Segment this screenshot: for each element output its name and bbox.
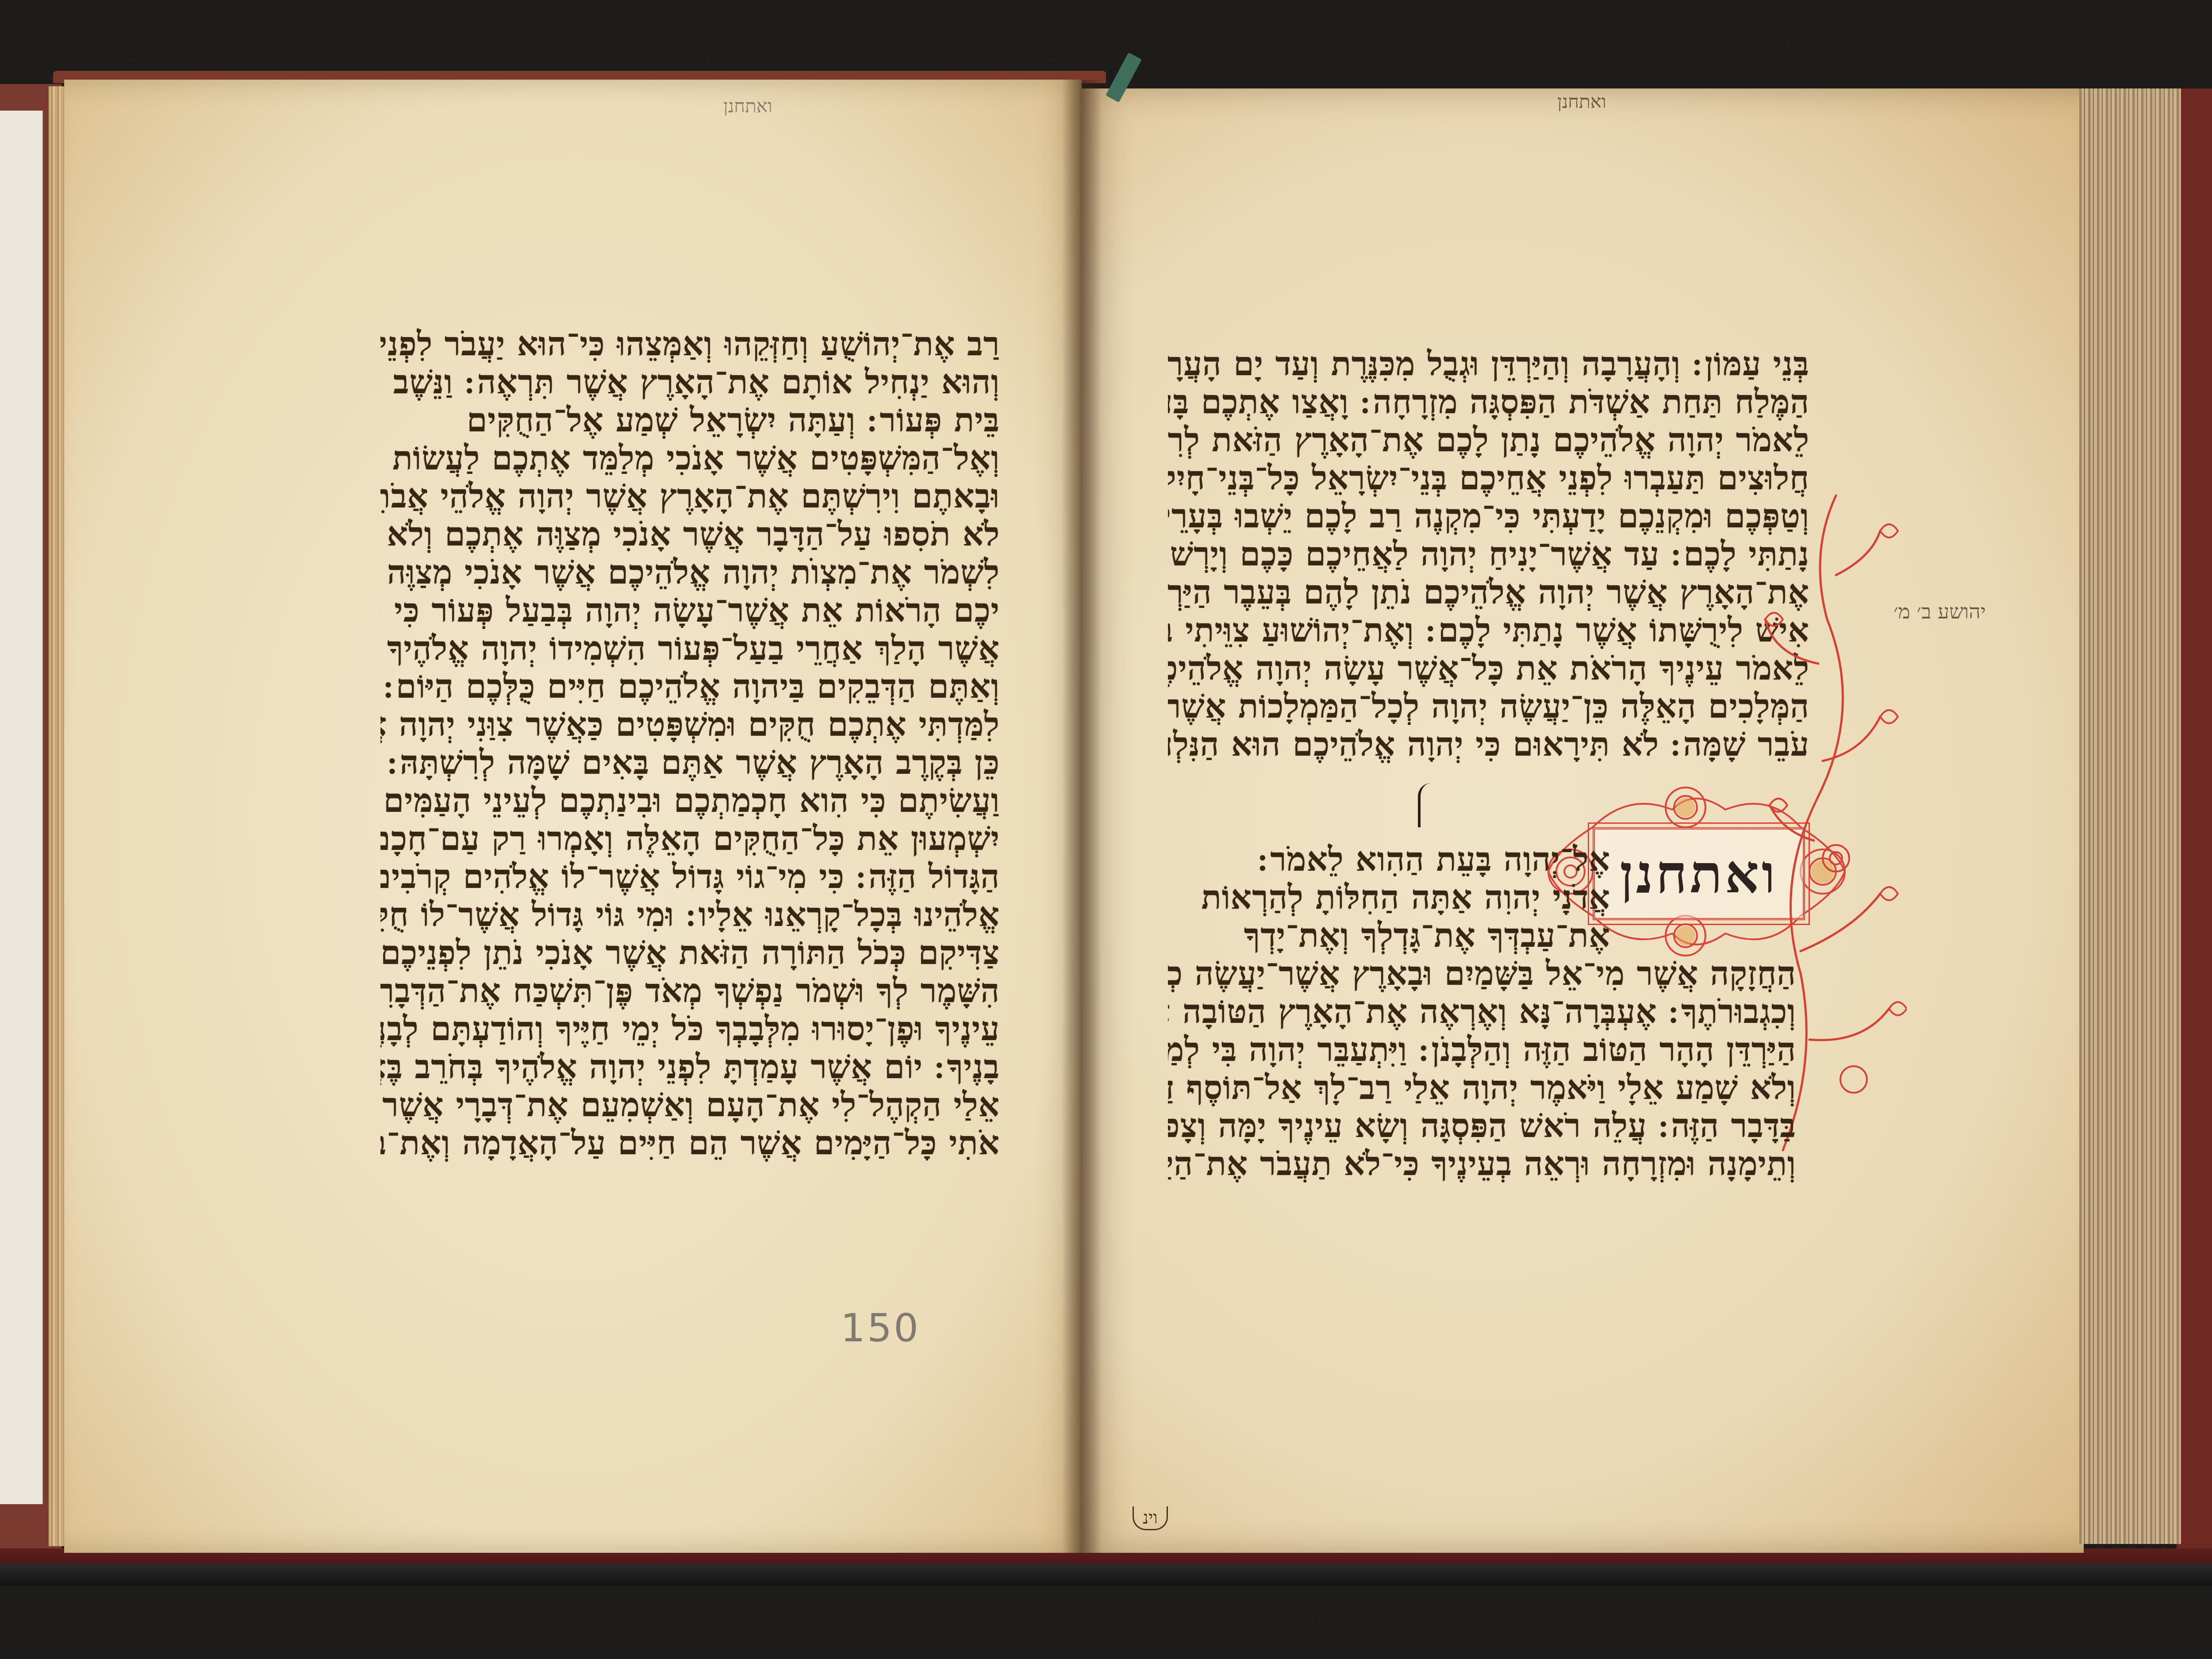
text-line: צַדִּיקִם כְּכֹל הַתּוֹרָה הַזֹּאת אֲשֶׁ… — [380, 934, 1000, 972]
text-line: וְכִגְבוּרֹתֶךָ ׃ אֶעְבְּרָה־נָּא וְאֶרְ… — [1168, 993, 1796, 1031]
gutter-shadow — [1062, 80, 1102, 1553]
text-line: אִישׁ לִירֻשָּׁתוֹ אֲשֶׁר נָתַתִּי לָכֶם… — [1168, 611, 1809, 649]
text-line: הַגָּדוֹל הַזֶּה ׃ כִּי מִי־גוֹי גָּדוֹל… — [380, 858, 1000, 896]
support-board — [0, 1564, 2212, 1586]
text-line: אֹתִי כָּל־הַיָּמִים אֲשֶׁר הֵם חַיִּים … — [380, 1124, 1000, 1162]
text-line: וְהוּא יַנְחִיל אוֹתָם אֶת־הָאָרֶץ אֲשֶׁ… — [380, 363, 1000, 401]
text-line: לִמַּדְתִּי אֶתְכֶם חֻקִּים וּמִשְׁפָּטִ… — [380, 706, 1000, 744]
text-line: חֲלוּצִים תַּעַבְרוּ לִפְנֵי אֲחֵיכֶם בְ… — [1168, 459, 1809, 497]
right-leaf-stack — [2079, 88, 2181, 1544]
text-line: עֹבֵר שָׁמָּה ׃ לֹא תִּירָאוּם כִּי יְהו… — [1168, 726, 1809, 764]
left-top-catchword: ואתחנן — [723, 95, 772, 117]
text-line: וְתֵימָנָה וּמִזְרָחָה וּרְאֵה בְעֵינֶיך… — [1168, 1145, 1796, 1183]
text-line: וַעֲשִׂיתֶם כִּי הִוא חָכְמַתְכֶם וּבִינ… — [380, 782, 1000, 820]
text-line: בֵּית פְּעוֹר ׃ וְעַתָּה יִשְׂרָאֵל שְׁמ… — [380, 401, 1000, 439]
right-lower-text-column: אֶל־יְהוָה בָּעֵת הַהִוא לֵאמֹר ׃ אֲדֹנָ… — [1168, 841, 1876, 1183]
text-line: יכֶם הָרֹאוֹת אֵת אֲשֶׁר־עָשָׂה יְהוָה ב… — [380, 591, 1000, 630]
text-line: עֵינֶיךָ וּפֶן־יָסוּרוּ מִלְּבָבְךָ כֹּל… — [380, 1010, 1000, 1048]
text-line: וְאֶל־הַמִּשְׁפָּטִים אֲשֶׁר אָנֹכִי מְל… — [380, 439, 1000, 477]
text-line: בָנֶיךָ ׃ יוֹם אֲשֶׁר עָמַדְתָּ לִפְנֵי … — [380, 1048, 1000, 1086]
text-line: אֶל־יְהוָה בָּעֵת הַהִוא לֵאמֹר ׃ — [1168, 841, 1610, 879]
text-line: בַּדָּבָר הַזֶּה ׃ עֲלֵה רֹאשׁ הַפִּסְגָ… — [1168, 1107, 1796, 1145]
text-line: אֲשֶׁר הָלַךְ אַחֲרֵי בַעַל־פְּעוֹר הִשְ… — [380, 630, 1000, 668]
text-line: כֵּן בְּקֶרֶב הָאָרֶץ אֲשֶׁר אַתֶּם בָּא… — [380, 744, 1000, 782]
right-top-catchword: ואתחנן — [1557, 91, 1606, 113]
text-line: הַמֶּלַח תַּחַת אַשְׁדֹּת הַפִּסְגָּה מִ… — [1168, 383, 1809, 421]
text-line: וּבָאתֶם וִירִשְׁתֶּם אֶת־הָאָרֶץ אֲשֶׁר… — [380, 477, 1000, 515]
text-line: וְאַתֶּם הַדְּבֵקִים בַּיהוָה אֱלֹהֵיכֶם… — [380, 668, 1000, 706]
text-line: לֵאמֹר עֵינֶיךָ הָרֹאֹת אֵת כָּל־אֲשֶׁר … — [1168, 649, 1809, 687]
section-mark — [1418, 783, 1438, 827]
text-line: אֱלֹהֵינוּ בְּכָל־קָרְאֵנוּ אֵלָיו ׃ וּמ… — [380, 896, 1000, 934]
folio-number: 150 — [841, 1305, 920, 1351]
left-text-column: רַב אֶת־יְהוֹשֻׁעַ וְחַזְּקֵהוּ וְאַמְּצ… — [380, 325, 1000, 1162]
flyleaf — [0, 111, 43, 1504]
text-line: נָתַתִּי לָכֶם ׃ עַד אֲשֶׁר־יָנִיחַ יְהו… — [1168, 535, 1809, 573]
text-line: הַחֲזָקָה אֲשֶׁר מִי־אֵל בַּשָּׁמַיִם וּ… — [1168, 955, 1796, 993]
text-line: יִשְׁמְעוּן אֵת כָּל־הַחֻקִּים הָאֵלֶּה … — [380, 820, 1000, 858]
right-margin-note: יהושע ב׳ מ׳ — [1893, 599, 1986, 623]
text-line: בְּנֵי עַמּוֹן ׃ וְהָעֲרָבָה וְהַיַּרְדֵ… — [1168, 345, 1809, 383]
text-line: הַיַּרְדֵּן הָהָר הַטּוֹב הַזֶּה וְהַלְּ… — [1168, 1031, 1796, 1069]
text-line: אֲדֹנָי יְהוִה אַתָּה הַחִלּוֹתָ לְהַרְא… — [1168, 879, 1610, 917]
text-line: רַב אֶת־יְהוֹשֻׁעַ וְחַזְּקֵהוּ וְאַמְּצ… — [380, 325, 1000, 363]
text-line: וְטַפְּכֶם וּמִקְנֵכֶם יָדַעְתִּי כִּי־מ… — [1168, 497, 1809, 535]
right-upper-text-column: בְּנֵי עַמּוֹן ׃ וְהָעֲרָבָה וְהַיַּרְדֵ… — [1168, 345, 1809, 764]
text-line: אֵלַי הַקְהֶל־לִי אֶת־הָעָם וְאַשְׁמִעֵם… — [380, 1086, 1000, 1124]
text-line: אֶת־הָאָרֶץ אֲשֶׁר יְהוָה אֱלֹהֵיכֶם נֹת… — [1168, 573, 1809, 611]
text-line: הִשָּׁמֶר לְךָ וּשְׁמֹר נַפְשְׁךָ מְאֹד … — [380, 972, 1000, 1010]
text-line: לֵאמֹר יְהוָה אֱלֹהֵיכֶם נָתַן לָכֶם אֶת… — [1168, 421, 1809, 459]
text-line: לֹא תֹסִפוּ עַל־הַדָּבָר אֲשֶׁר אָנֹכִי … — [380, 515, 1000, 553]
text-line: הַמְּלָכִים הָאֵלֶּה כֵּן־יַעֲשֶׂה יְהוָ… — [1168, 687, 1809, 726]
text-line: לִשְׁמֹר אֶת־מִצְוֺת יְהוָה אֱלֹהֵיכֶם א… — [380, 553, 1000, 591]
text-line: אֶת־עַבְדְּךָ אֶת־גָּדְלְךָ וְאֶת־יָדְךָ — [1168, 917, 1610, 955]
text-line: וְלֹא שָׁמַע אֵלָי וַיֹּאמֶר יְהוָה אֵלַ… — [1168, 1069, 1796, 1107]
binding-right-board — [2177, 88, 2212, 1562]
bottom-catchword: וינ — [1133, 1506, 1168, 1530]
